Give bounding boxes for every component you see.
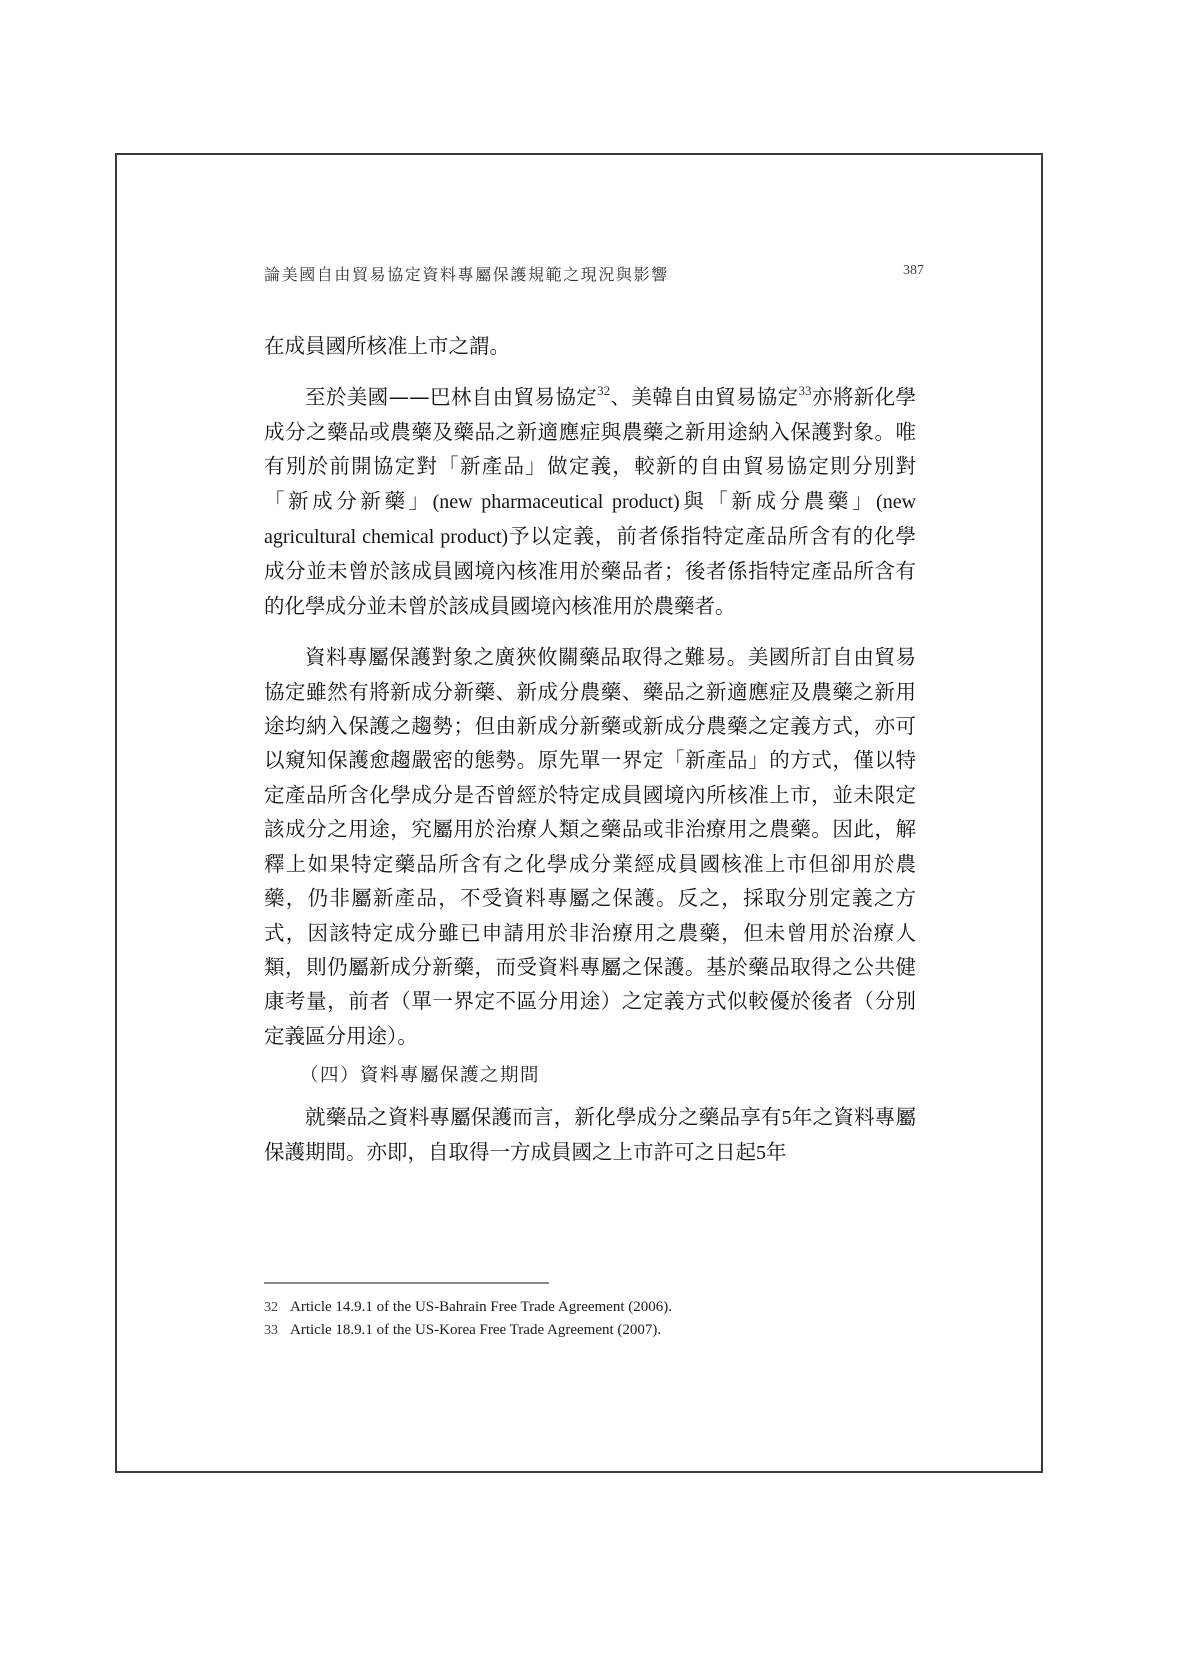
paragraph-text: 年	[766, 1140, 787, 1164]
english-term: (new pharmaceutical product)	[433, 491, 680, 513]
paragraph-fta-definitions: 至於美國——巴林自由貿易協定32、美韓自由貿易協定33亦將新化學成分之藥品或農藥…	[264, 380, 916, 623]
footnote-text: Article 18.9.1 of the US-Korea Free Trad…	[290, 1319, 661, 1341]
paragraph-scope-analysis: 資料專屬保護對象之廣狹攸關藥品取得之難易。美國所訂自由貿易協定雖然有將新成分新藥…	[264, 640, 916, 1053]
running-header-title: 論美國自由貿易協定資料專屬保護規範之現況與影響	[264, 265, 669, 284]
footnote-32: 32 Article 14.9.1 of the US-Bahrain Free…	[264, 1296, 914, 1319]
paragraph-continuation: 在成員國所核准上市之謂。	[264, 329, 916, 363]
paragraph-text: 與「新成分農藥」	[680, 489, 876, 513]
paragraph-protection-period: 就藥品之資料專屬保護而言，新化學成分之藥品享有5年之資料專屬保護期間。亦即，自取…	[264, 1100, 916, 1171]
body-text: 在成員國所核准上市之謂。 至於美國——巴林自由貿易協定32、美韓自由貿易協定33…	[264, 329, 916, 1170]
page-number: 387	[903, 263, 924, 279]
section-heading: （四）資料專屬保護之期間	[264, 1059, 916, 1093]
paragraph-text: 、美韓自由貿易協定	[610, 385, 798, 409]
footnote-number: 32	[264, 1297, 290, 1319]
footnote-ref-33[interactable]: 33	[799, 383, 812, 398]
footnote-text: Article 14.9.1 of the US-Bahrain Free Tr…	[290, 1296, 672, 1318]
footnote-ref-32[interactable]: 32	[597, 383, 610, 398]
footnote-number: 33	[264, 1320, 290, 1342]
number: 5	[756, 1142, 766, 1164]
footnotes: 32 Article 14.9.1 of the US-Bahrain Free…	[264, 1296, 914, 1342]
footnote-separator	[264, 1282, 549, 1284]
number: 5	[782, 1107, 792, 1129]
paragraph-text: 至於美國——巴林自由貿易協定	[305, 385, 597, 409]
footnote-33: 33 Article 18.9.1 of the US-Korea Free T…	[264, 1319, 914, 1342]
running-header: 論美國自由貿易協定資料專屬保護規範之現況與影響 387	[264, 262, 924, 288]
paragraph-text: 就藥品之資料專屬保護而言，新化學成分之藥品享有	[305, 1105, 782, 1129]
